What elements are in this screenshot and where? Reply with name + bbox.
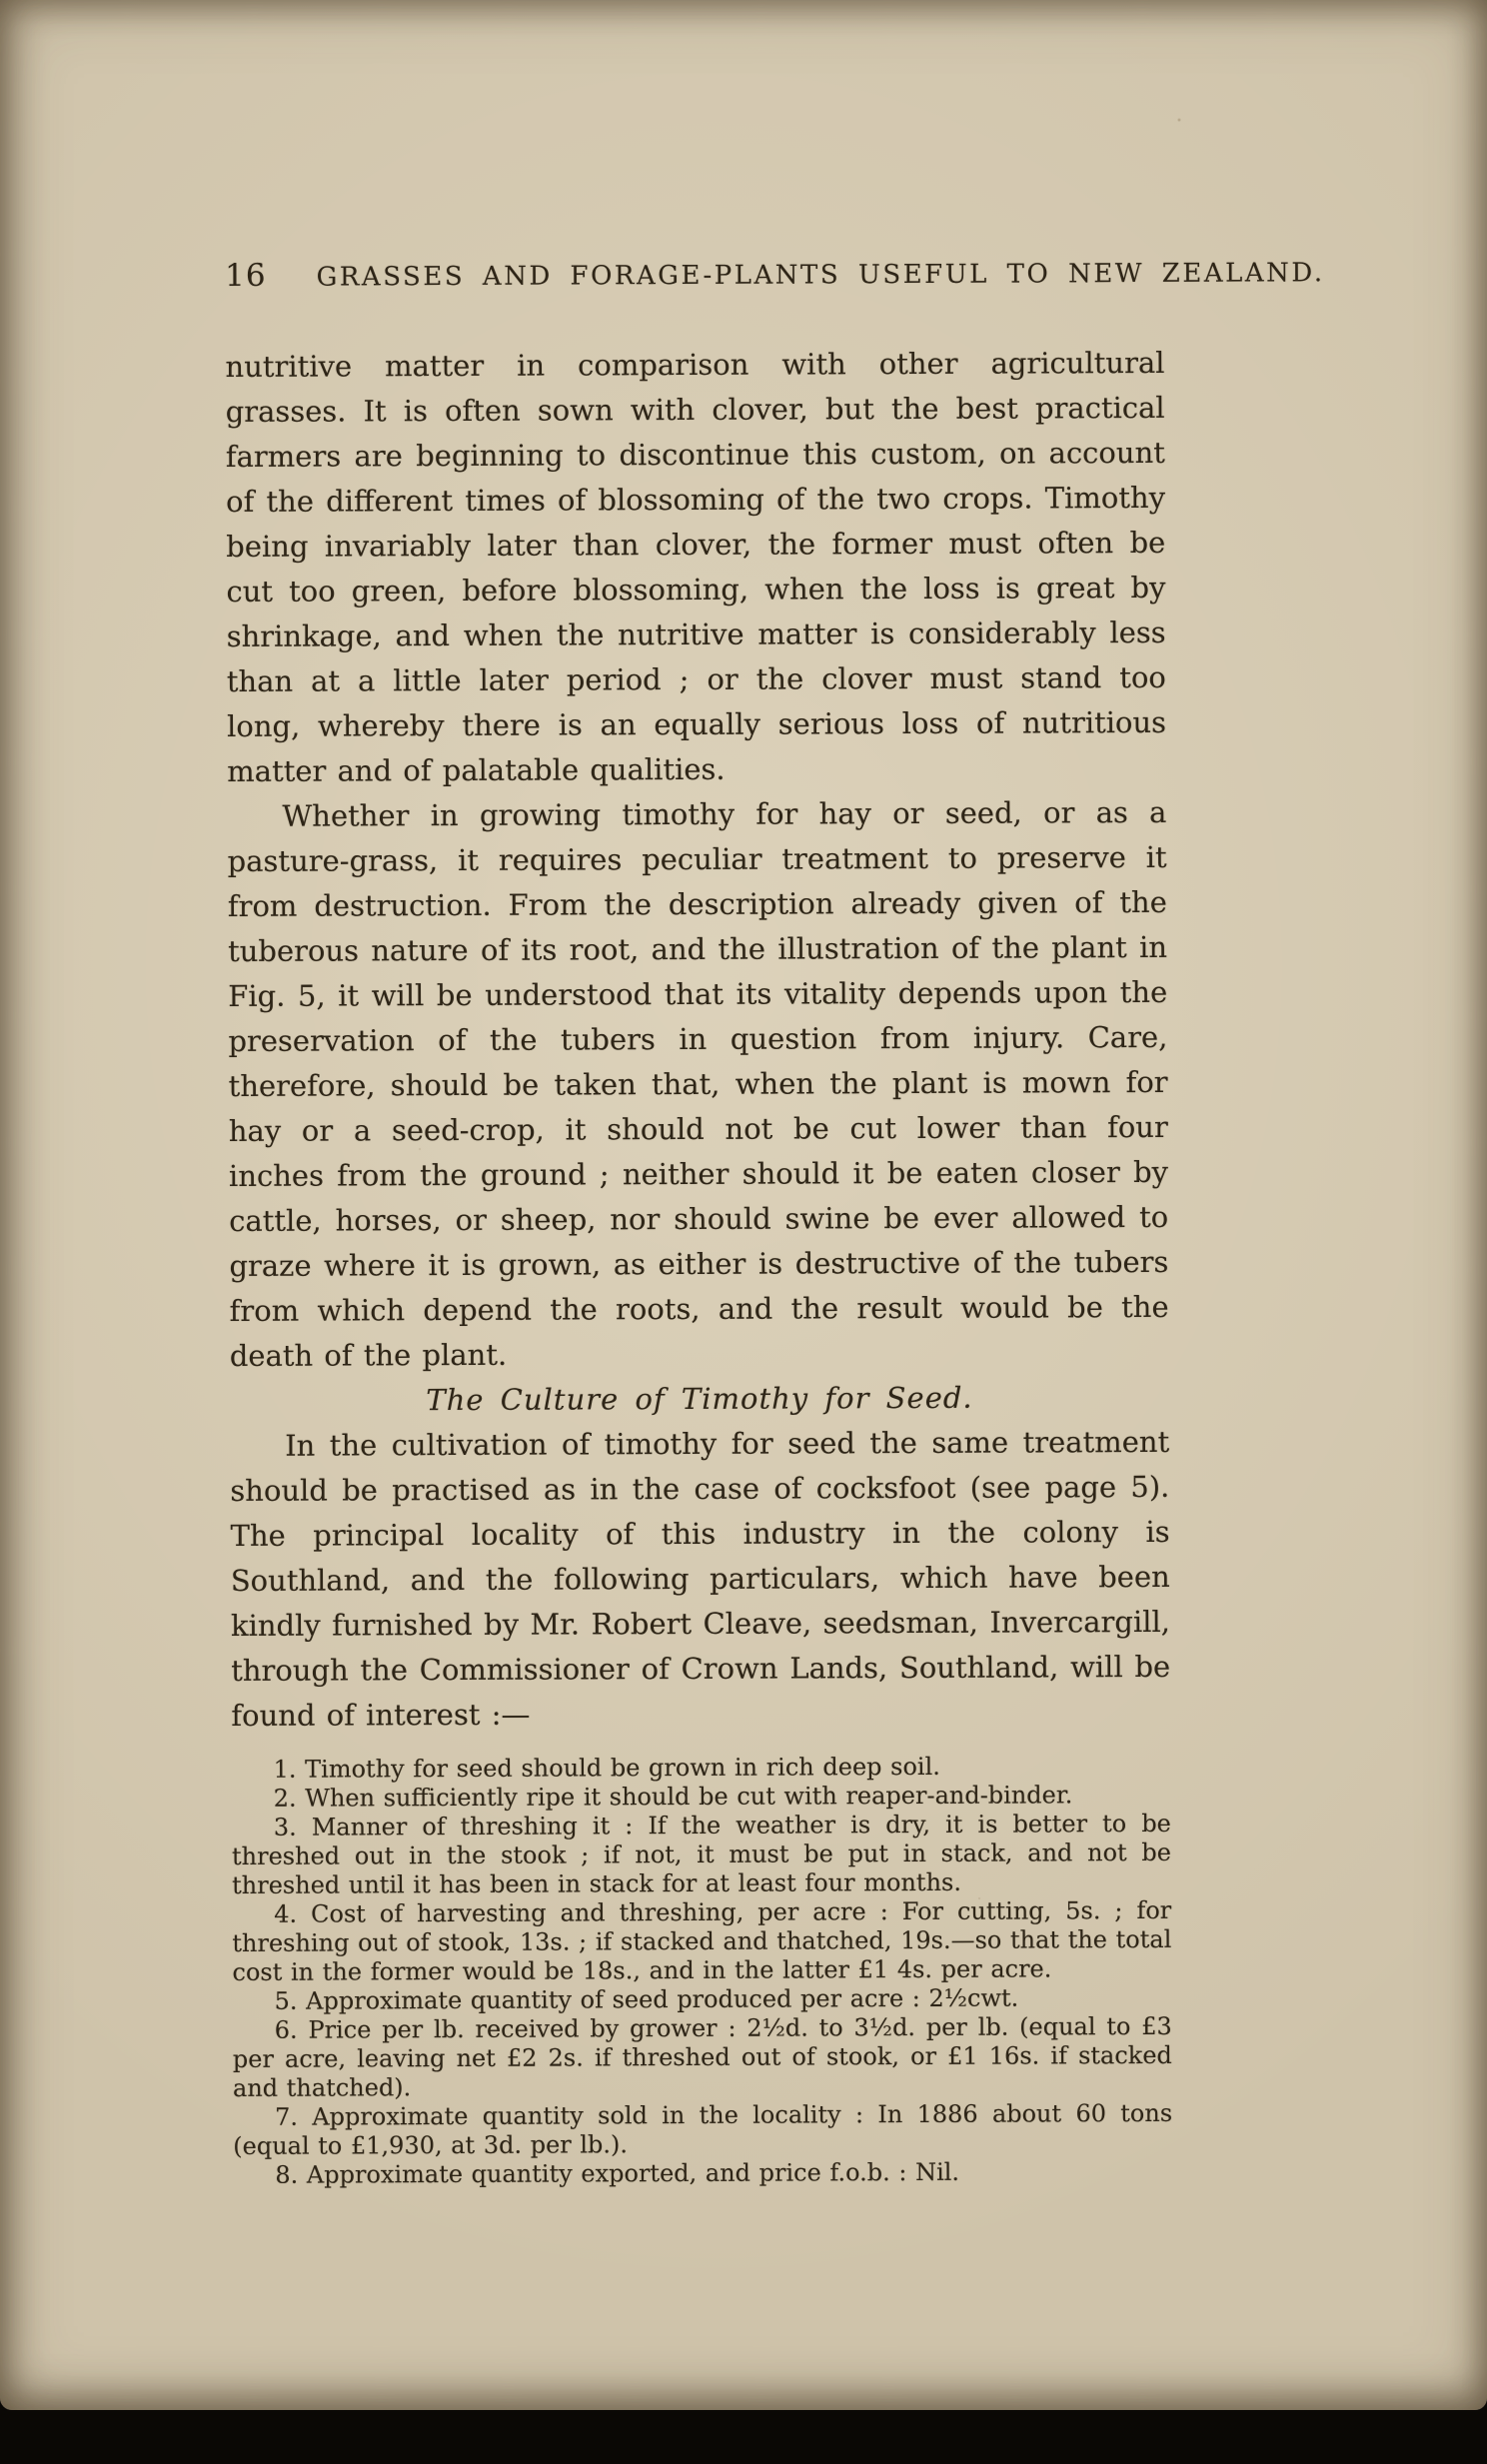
list-item: 8. Approximate quantity exported, and pr… xyxy=(233,2157,1172,2190)
list-item: 4. Cost of harvesting and threshing, per… xyxy=(232,1896,1171,1987)
paragraph-3: In the cultivation of timothy for seed t… xyxy=(230,1420,1170,1739)
numbered-list: 1. Timothy for seed should be grown in r… xyxy=(232,1752,1173,2190)
paragraph-2: Whether in growing timothy for hay or se… xyxy=(227,790,1169,1379)
body-text: nutritive matter in comparison with othe… xyxy=(225,341,1170,1739)
list-item: 2. When sufficiently ripe it should be c… xyxy=(232,1781,1171,1814)
page-number: 16 xyxy=(225,258,267,294)
section-heading: The Culture of Timothy for Seed. xyxy=(230,1375,1169,1424)
list-item: 3. Manner of threshing it : If the weath… xyxy=(232,1810,1171,1900)
list-item: 1. Timothy for seed should be grown in r… xyxy=(232,1752,1171,1785)
page-content: 16 GRASSES AND FORAGE-PLANTS USEFUL TO N… xyxy=(225,254,1172,2190)
running-title: GRASSES AND FORAGE-PLANTS USEFUL TO NEW … xyxy=(316,258,1324,292)
list-item: 6. Price per lb. received by grower : 2½… xyxy=(233,2012,1172,2103)
list-item: 7. Approximate quantity sold in the loca… xyxy=(233,2099,1172,2161)
list-item: 5. Approximate quantity of seed produced… xyxy=(233,1983,1172,2016)
page-header: 16 GRASSES AND FORAGE-PLANTS USEFUL TO N… xyxy=(225,254,1164,294)
page-paper: 16 GRASSES AND FORAGE-PLANTS USEFUL TO N… xyxy=(0,0,1487,2410)
paragraph-1: nutritive matter in comparison with othe… xyxy=(225,341,1166,794)
